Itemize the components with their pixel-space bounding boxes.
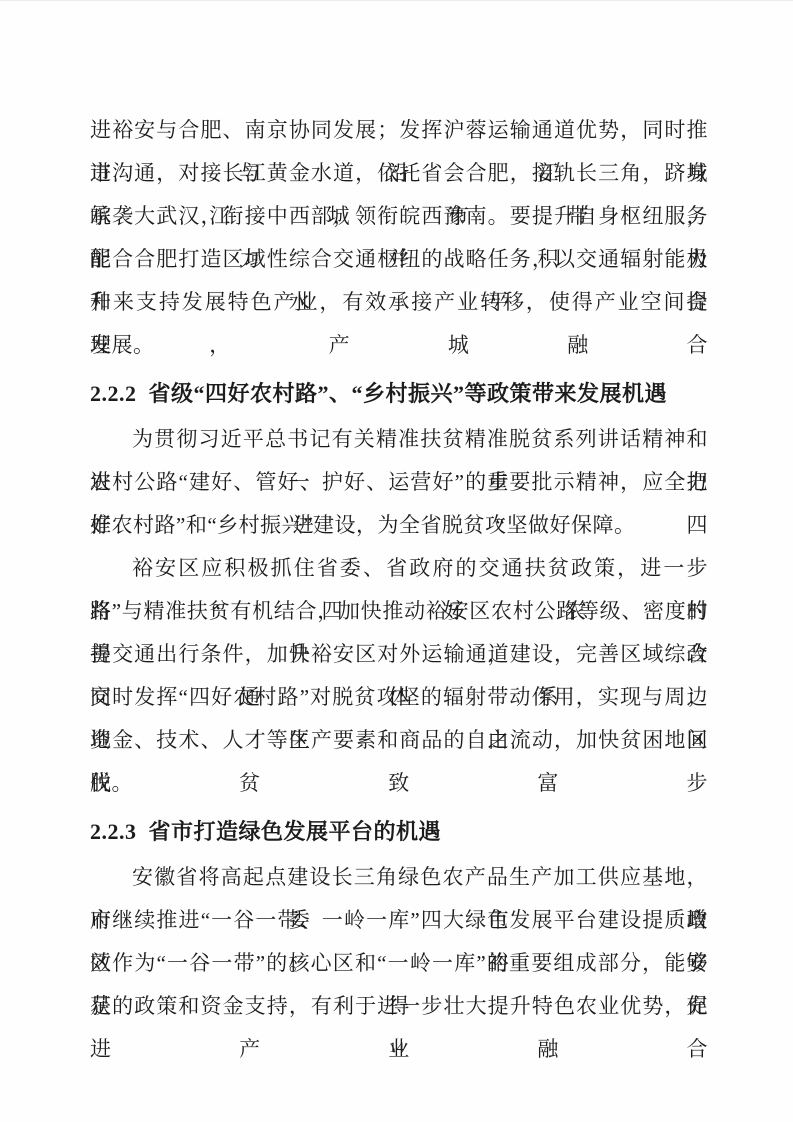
section-heading-2-2-2: 2.2.2省级“四好农村路”、“乡村振兴”等政策带来发展机遇: [90, 372, 708, 416]
paragraph-line: 好农村路”和“乡村振兴”建设，为全省脱贫攻坚做好保障。: [90, 504, 708, 547]
heading-title: 省市打造绿色发展平台的机遇: [149, 819, 442, 844]
paragraph-line: 农村公路“建好、管好、护好、运营好”的重要批示精神，应全力推进“四: [90, 461, 708, 504]
page-footer: 14: [0, 1039, 793, 1057]
paragraph-line: 同时发挥“四好农村路”对脱贫攻坚的辐射带动作用，实现与周边地区之间: [90, 676, 708, 719]
section-heading-2-2-3: 2.2.3省市打造绿色发展平台的机遇: [90, 810, 708, 854]
paragraph-line: 升来支持发展特色产业，有效承接产业转移，使得产业空间合理，产城融合: [90, 281, 708, 324]
heading-title: 省级“四好农村路”、“乡村振兴”等政策带来发展机遇: [149, 381, 668, 406]
heading-number: 2.2.3: [90, 819, 137, 844]
paragraph-line: 进裕安与合肥、南京协同发展；发挥沪蓉运输通道优势，同时推进与沿江城: [90, 109, 708, 152]
page-content: 进裕安与合肥、南京协同发展；发挥沪蓉运输通道优势，同时推进与沿江城 市沟通，对接…: [90, 109, 708, 1028]
paragraph-line: 裕安区应积极抓住省委、省政府的交通扶贫政策，进一步将“四好农村: [90, 547, 708, 590]
page-number: 14: [389, 1040, 404, 1056]
paragraph-line: 市沟通，对接长江黄金水道，依托省会合肥，接轨长三角，跻身皖江城市带，: [90, 152, 708, 195]
document-page: 进裕安与合肥、南京协同发展；发挥沪蓉运输通道优势，同时推进与沿江城 市沟通，对接…: [0, 0, 793, 1122]
paragraph-line: 路”与精准扶贫有机结合，加快推动裕安区农村公路等级、密度的提升，改: [90, 590, 708, 633]
paragraph-line: 资金、技术、人才等生产要素和商品的自由流动，加快贫困地区脱贫致富步: [90, 719, 708, 762]
paragraph-line: 为贯彻习近平总书记有关精准扶贫精准脱贫系列讲话精神和进一步把: [90, 418, 708, 461]
paragraph-line: 区作为“一谷一带”的核心区和“一岭一库”的重要组成部分，能够获得充: [90, 942, 708, 985]
paragraph-line: 府继续推进“一谷一带、一岭一库”四大绿色发展平台建设提质增效。裕安: [90, 899, 708, 942]
paragraph-line: 足的政策和资金支持，有利于进一步壮大提升特色农业优势，促进产业融合: [90, 985, 708, 1028]
paragraph-line: 承袭大武汉，衔接中西部，领衔皖西豫南。要提升自身枢纽服务能力并积极: [90, 195, 708, 238]
paragraph-line: 配合合肥打造区域性综合交通枢纽的战略任务，以交通辐射能力和水平提: [90, 238, 708, 281]
paragraph-line: 安徽省将高起点建设长三角绿色农产品生产加工供应基地，市委市政: [90, 856, 708, 899]
paragraph-line: 善交通出行条件，加快裕安区对外运输通道建设，完善区域综合交通体系；: [90, 633, 708, 676]
heading-number: 2.2.2: [90, 381, 137, 406]
